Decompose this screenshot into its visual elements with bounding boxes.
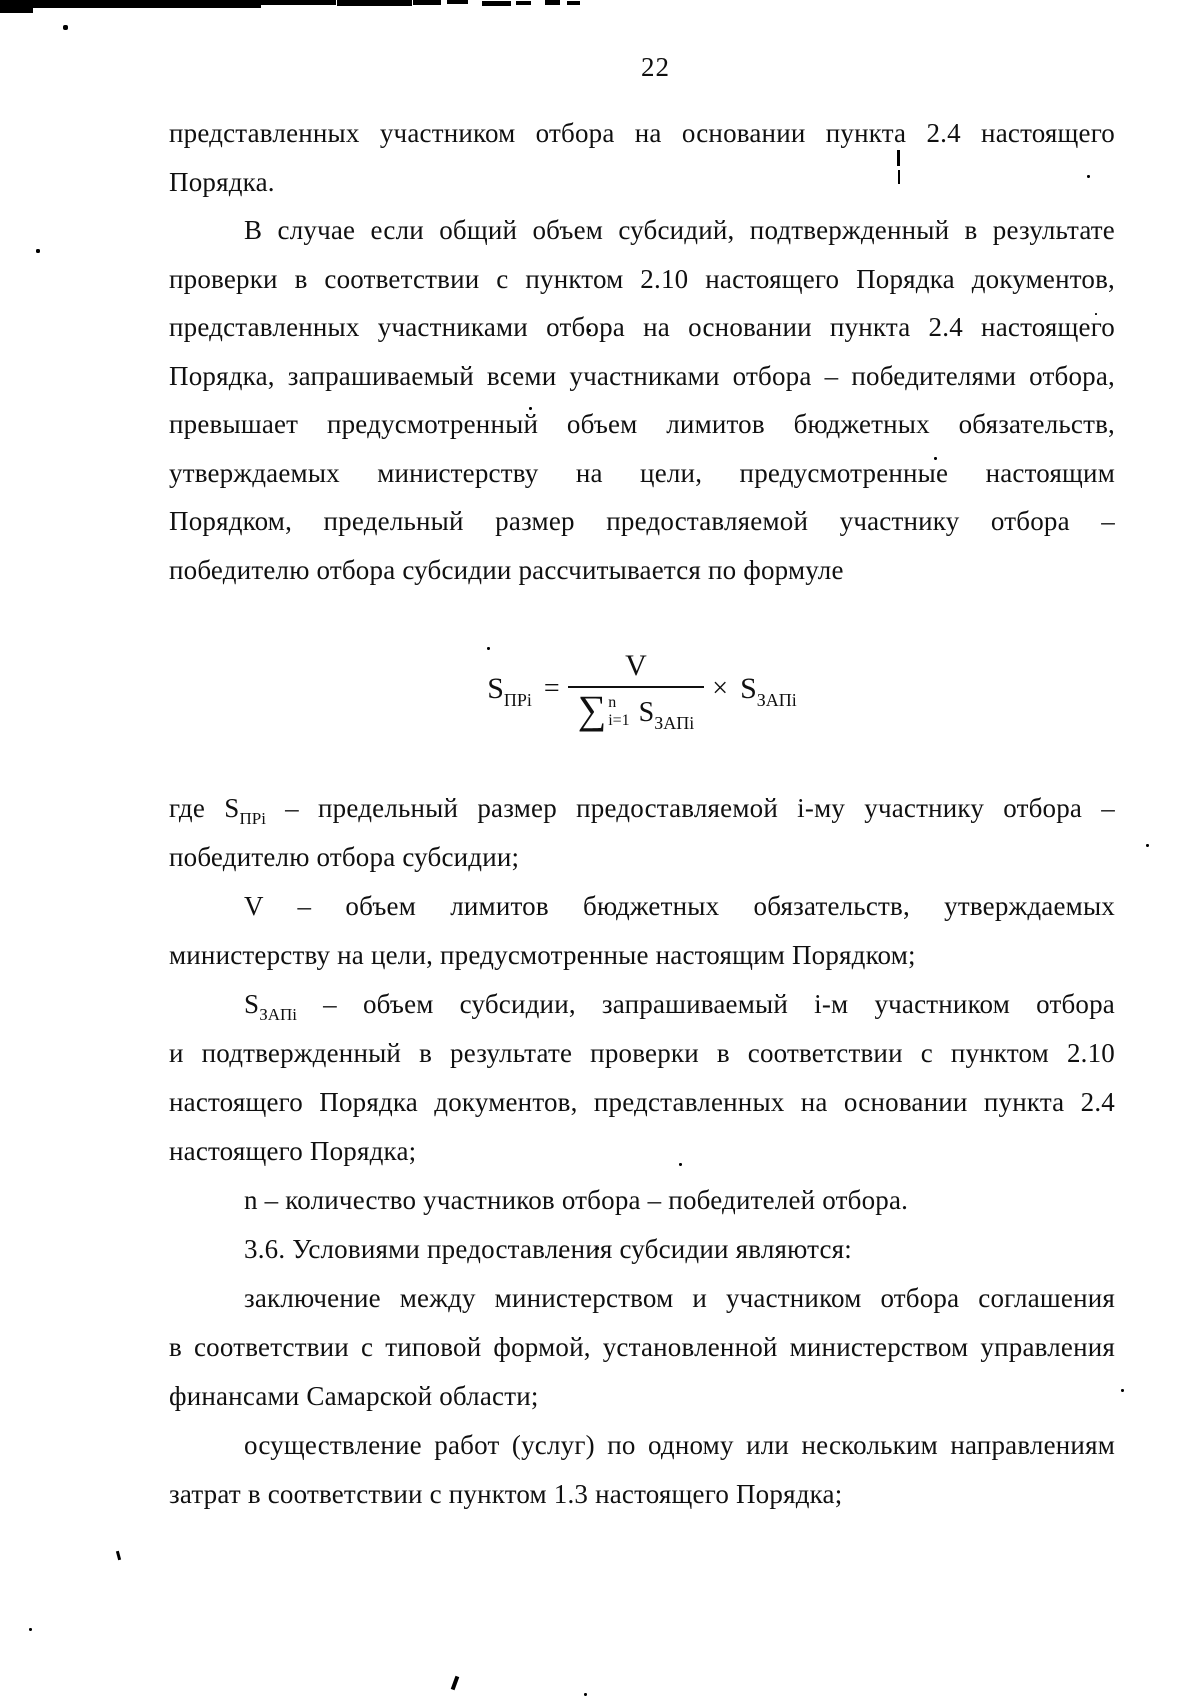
text-line: представленных участниками отбора на осн… [169,303,1115,352]
formula-lhs: SПРi [487,672,532,706]
text-line: затрат в соответствии с пунктом 1.3 наст… [169,1470,1115,1519]
text-line: Порядка, запрашиваемый всеми участниками… [169,352,1115,401]
text-line: представленных участником отбора на осно… [169,109,1115,158]
scan-bar [482,1,511,6]
sigma-symbol: ∑ [578,692,607,728]
multiply-sign: × [712,673,728,705]
text-line: утверждаемых министерству на цели, преду… [169,449,1115,498]
formula-lhs-subscript: ПРi [504,690,532,710]
scan-bar [447,0,468,4]
scan-speck [1121,1389,1124,1392]
scan-bar [567,1,580,5]
denominator-term: SЗАПi [639,697,695,729]
text-line: n – количество участников отбора – побед… [169,1176,1115,1225]
text-line: заключение между министерством и участни… [169,1274,1115,1323]
text-line: Порядком, предельный размер предоставляе… [169,497,1115,546]
text-line: победителю отбора субсидии рассчитываетс… [169,546,1115,595]
sigma-limits: n i=1 [608,694,629,729]
text-line: победителю отбора субсидии; [169,833,1115,882]
text-line: осуществление работ (услуг) по одному ил… [169,1421,1115,1470]
formula-fraction: V ∑ n i=1 SЗАПi [572,649,701,729]
scan-speck [1146,844,1149,847]
text-line: V – объем лимитов бюджетных обязательств… [169,882,1115,931]
text-line: превышает предусмотренный объем лимитов … [169,400,1115,449]
text-line: Порядка. [169,158,1115,207]
text-line: В случае если общий объем субсидий, подт… [169,206,1115,255]
scan-speck [63,25,68,30]
text-line: где SПРi – предельный размер предоставля… [169,784,1115,833]
scan-speck [451,1676,460,1691]
scan-speck [36,249,40,253]
body-part-1: представленных участником отбора на осно… [169,109,1115,594]
formula: SПРi = V ∑ n i=1 SЗАПi × SЗАПi [169,594,1115,784]
text-line: проверки в соответствии с пунктом 2.10 н… [169,255,1115,304]
document-page: 22 представленных участником отбора на о… [0,0,1200,1697]
equals-sign: = [544,673,560,705]
body-part-2: где SПРi – предельный размер предоставля… [169,784,1115,1519]
fraction-denominator: ∑ n i=1 SЗАПi [572,688,701,729]
text-line: финансами Самарской области; [169,1372,1115,1421]
scan-speck [584,1693,587,1696]
scan-speck [29,1628,32,1631]
sigma-lower-limit: i=1 [608,712,629,730]
formula-rhs: SЗАПi [740,672,797,706]
document-body: представленных участником отбора на осно… [169,109,1115,1519]
scan-bar [413,0,441,5]
text-line: 3.6. Условиями предоставления субсидии я… [169,1225,1115,1274]
formula-lhs-base: S [487,672,504,705]
text-line: настоящего Порядка документов, представл… [169,1078,1115,1127]
text-line: SЗАПi – объем субсидии, запрашиваемый i-… [169,980,1115,1029]
scan-bar [31,0,261,8]
scan-speck [116,1551,121,1560]
formula-rhs-base: S [740,672,757,705]
scan-bar [545,0,560,5]
text-line: в соответствии с типовой формой, установ… [169,1323,1115,1372]
formula-rhs-subscript: ЗАПi [757,690,797,710]
scan-bar [261,0,336,5]
scan-bar [516,1,531,5]
scan-bar [337,0,412,6]
text-line: и подтвержденный в результате проверки в… [169,1029,1115,1078]
denominator-subscript: ЗАПi [654,713,694,733]
denominator-base: S [639,697,655,728]
fraction-numerator: V [568,649,705,688]
scan-bar [0,0,33,13]
sigma-upper-limit: n [608,694,629,712]
text-line: министерству на цели, предусмотренные на… [169,931,1115,980]
page-number: 22 [641,54,670,81]
text-line: настоящего Порядка; [169,1127,1115,1176]
